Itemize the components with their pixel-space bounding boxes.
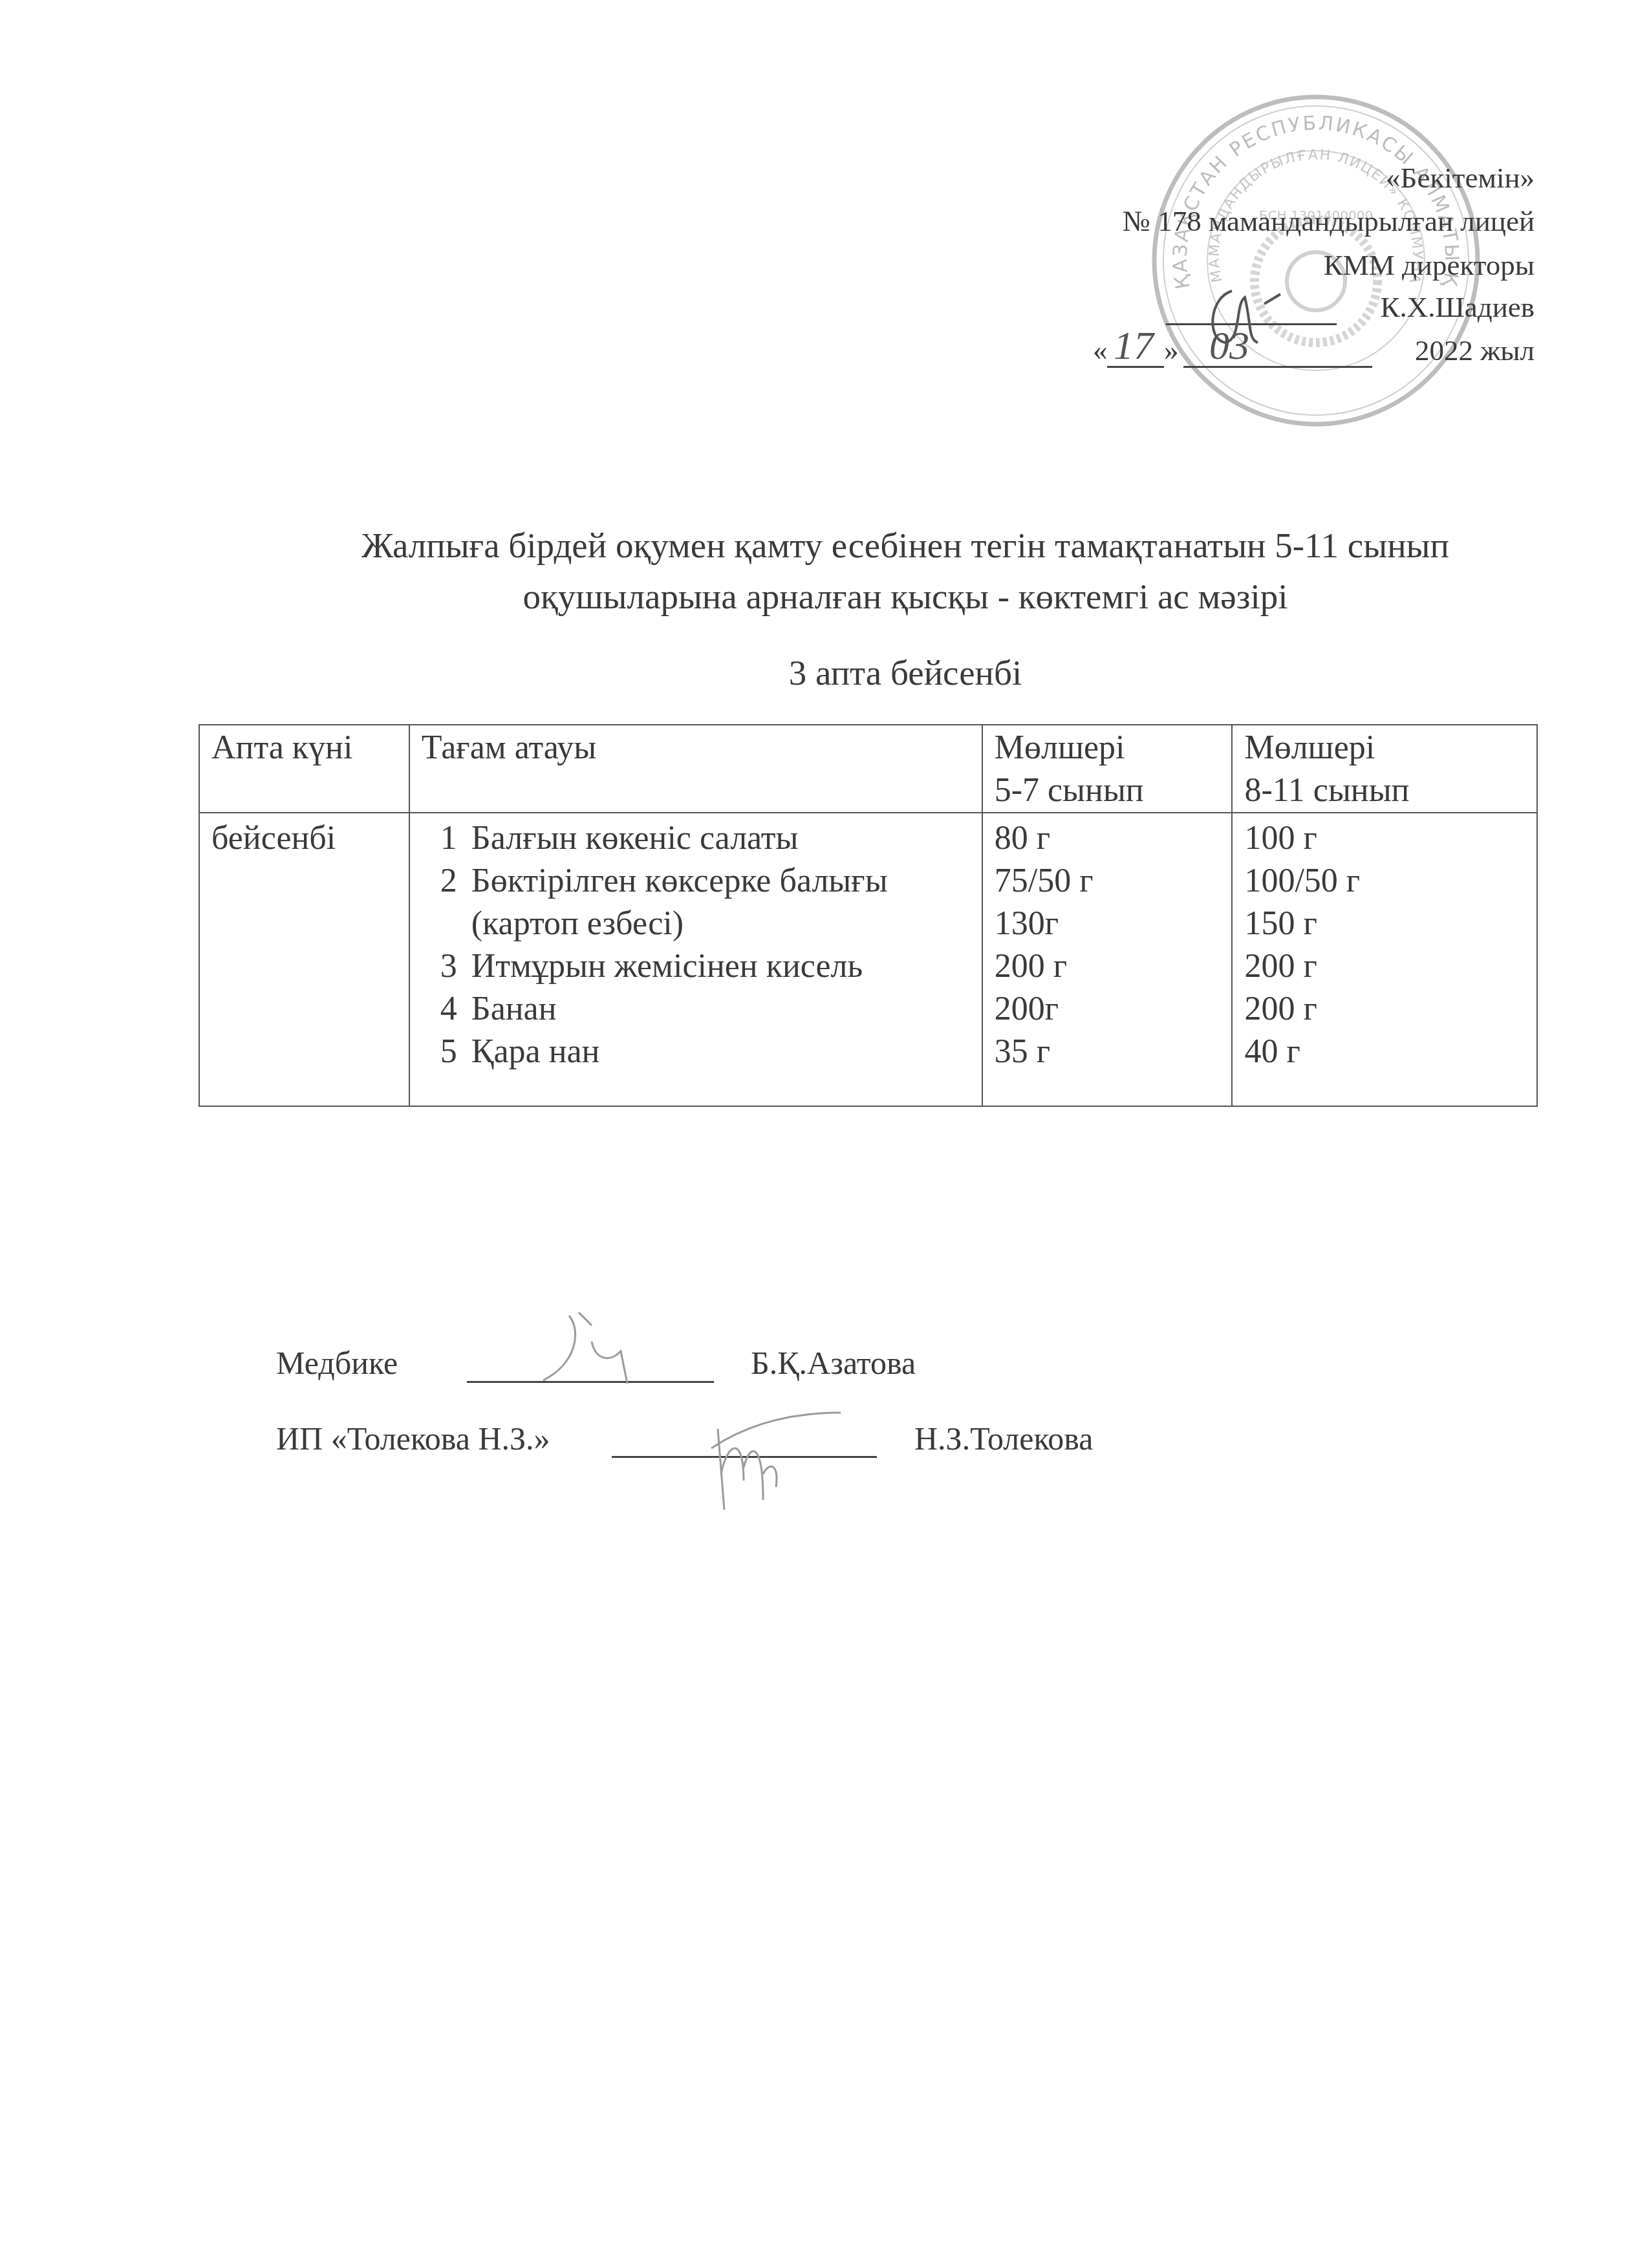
dish-name: Итмұрын жемісінен кисель bbox=[471, 948, 863, 985]
dish-item: (картоп езбесі) bbox=[422, 903, 982, 945]
quantity-5-7: 200 г bbox=[995, 945, 1232, 988]
cell-qty-5-7: 80 г75/50 г130г200 г200г35 г bbox=[982, 813, 1233, 1106]
approval-director-name: К.Х.Шадиев bbox=[1380, 286, 1535, 329]
document-subtitle: 3 апта бейсенбі bbox=[0, 647, 1649, 698]
approval-position: КММ директоры bbox=[1324, 244, 1535, 287]
dish-item: 3Итмұрын жемісінен кисель bbox=[422, 945, 982, 988]
quantity-5-7: 75/50 г bbox=[995, 860, 1232, 903]
supplier-label: ИП «Толекова Н.З.» bbox=[276, 1419, 550, 1458]
quantity-5-7: 130г bbox=[995, 903, 1232, 945]
nurse-name: Б.Қ.Азатова bbox=[751, 1343, 916, 1382]
dish-number: 3 bbox=[422, 945, 457, 988]
header-dish: Тағам атауы bbox=[409, 725, 982, 813]
date-day: 17 bbox=[1114, 323, 1154, 369]
supplier-signature bbox=[698, 1403, 867, 1513]
dish-item: 5Қара нан bbox=[422, 1031, 982, 1073]
dish-item: 1Балғын көкеніс салаты bbox=[422, 817, 982, 860]
quantity-5-7: 35 г bbox=[995, 1031, 1232, 1073]
quantity-8-11: 40 г bbox=[1244, 1031, 1536, 1073]
quantity-8-11: 100/50 г bbox=[1244, 860, 1536, 903]
dish-item: 4Банан bbox=[422, 988, 982, 1031]
cell-qty-8-11: 100 г100/50 г150 г200 г200 г40 г bbox=[1232, 813, 1537, 1106]
header-qty-5-7: Мөлшері 5-7 сынып bbox=[982, 725, 1233, 813]
quantity-8-11: 200 г bbox=[1244, 945, 1536, 988]
dish-number: 1 bbox=[422, 817, 457, 860]
dish-item: 2Бөктірілген көксерке балығы bbox=[422, 860, 982, 903]
quantity-8-11: 150 г bbox=[1244, 903, 1536, 945]
dish-name: Банан bbox=[471, 990, 557, 1027]
nurse-signature bbox=[530, 1306, 685, 1390]
date-month: 03 bbox=[1209, 323, 1249, 369]
dish-name: Қара нан bbox=[471, 1033, 600, 1070]
quantity-5-7: 80 г bbox=[995, 817, 1232, 860]
quantity-8-11: 200 г bbox=[1244, 988, 1536, 1031]
table-header-row: Апта күні Тағам атауы Мөлшері 5-7 сынып … bbox=[199, 725, 1537, 813]
dish-number: 5 bbox=[422, 1031, 457, 1073]
date-close-quote: » bbox=[1164, 329, 1179, 372]
date-open-quote: « bbox=[1093, 334, 1108, 367]
header-qty-8-11: Мөлшері 8-11 сынып bbox=[1232, 725, 1537, 813]
supplier-name: Н.З.Толекова bbox=[914, 1419, 1093, 1458]
dish-number: 2 bbox=[422, 860, 457, 903]
cell-dishes: 1Балғын көкеніс салаты2Бөктірілген көксе… bbox=[409, 813, 982, 1106]
menu-table: Апта күні Тағам атауы Мөлшері 5-7 сынып … bbox=[199, 724, 1538, 1107]
dish-name: Балғын көкеніс салаты bbox=[471, 820, 799, 857]
quantity-5-7: 200г bbox=[995, 988, 1232, 1031]
dish-name: Бөктірілген көксерке балығы bbox=[471, 862, 888, 899]
approval-organization: № 178 мамандандырылған лицей bbox=[1123, 200, 1535, 243]
header-day: Апта күні bbox=[199, 725, 409, 813]
table-row: бейсенбі 1Балғын көкеніс салаты2Бөктіріл… bbox=[199, 813, 1537, 1106]
dish-name: (картоп езбесі) bbox=[471, 905, 684, 942]
quantity-8-11: 100 г bbox=[1244, 817, 1536, 860]
document-title-line2: оқушыларына арналған қысқы - көктемгі ас… bbox=[0, 571, 1649, 622]
date-year: 2022 жыл bbox=[1415, 329, 1535, 372]
document-title-line1: Жалпыға бірдей оқумен қамту есебінен тег… bbox=[0, 520, 1649, 571]
approval-date: « bbox=[1093, 329, 1108, 372]
nurse-label: Медбике bbox=[276, 1343, 398, 1382]
approval-heading: «Бекітемін» bbox=[1386, 156, 1535, 200]
cell-day: бейсенбі bbox=[199, 813, 409, 1106]
dish-number: 4 bbox=[422, 988, 457, 1031]
